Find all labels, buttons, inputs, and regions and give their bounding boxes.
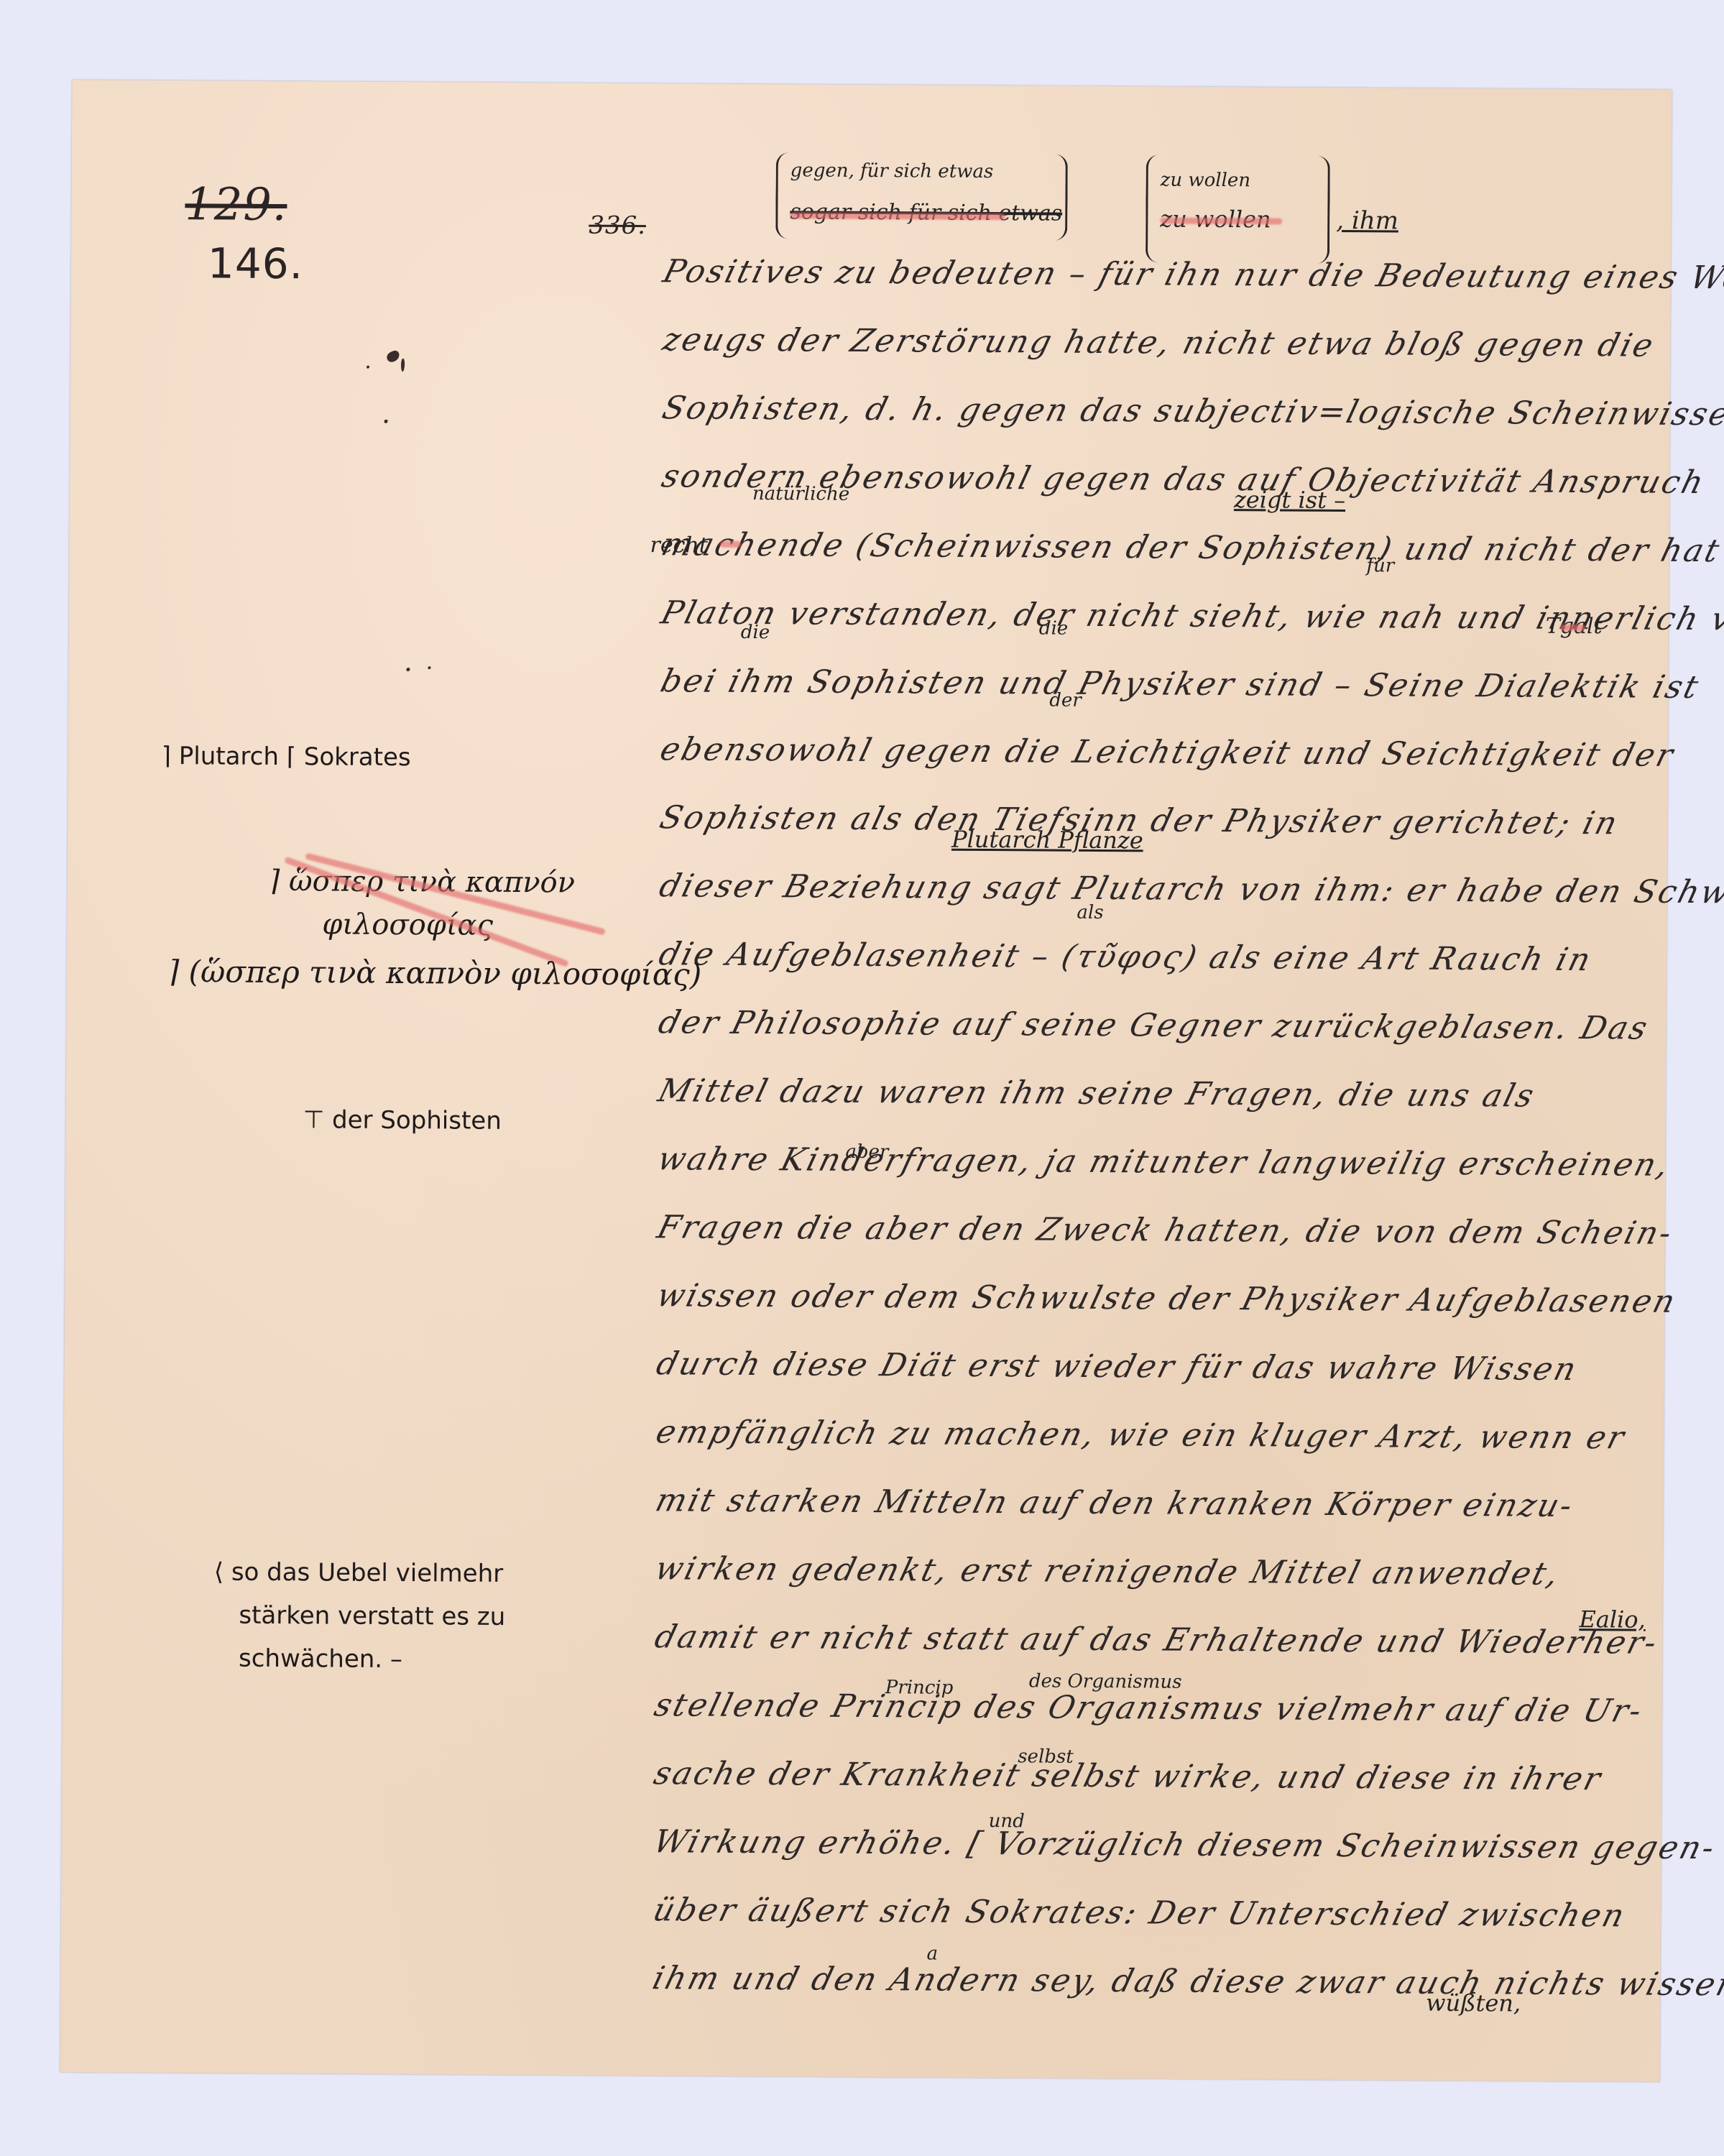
interlinear-insertion: als — [1077, 902, 1103, 923]
text-line: wahre Kinderfragen, ja mitunter langweil… — [655, 1143, 1674, 1181]
insertion-left-text: gegen, für sich etwas — [790, 160, 994, 183]
interlinear-insertion: die — [1039, 617, 1069, 639]
interlinear-insertion: zeigt ist – — [1234, 486, 1345, 514]
text-line: durch diese Diät erst wieder für das wah… — [653, 1348, 1581, 1386]
text-line: bei ihm Sophisten und Physiker sind – Se… — [658, 665, 1703, 704]
text-line: mit starken Mitteln auf den kranken Körp… — [653, 1485, 1577, 1522]
insertion-tail: , ihm — [1336, 206, 1398, 236]
red-pencil-stroke — [720, 541, 742, 548]
insertion-right-text: zu wollen — [1161, 169, 1251, 191]
ink-blot — [406, 668, 410, 671]
interlinear-insertion: selbst — [1018, 1746, 1074, 1767]
text-line: der Philosophie auf seine Gegner zurückg… — [655, 1007, 1652, 1044]
margin-note-uebel-line: schwächen. – — [239, 1644, 402, 1674]
page-number: 336. — [589, 211, 646, 240]
text-line: zeugs der Zerstörung hatte, nicht etwa b… — [660, 324, 1659, 361]
interlinear-insertion: des Organismus — [1029, 1670, 1182, 1692]
interlinear-insertion: der — [1049, 690, 1082, 711]
ink-blot — [401, 359, 405, 372]
margin-note-greek: ⌉ (ὥσπερ τινὰ καπνὸν φιλοσοφίας) — [167, 954, 702, 992]
interlinear-insertion: die — [741, 622, 770, 643]
folio-new-number: 146. — [208, 239, 304, 288]
main-text-block: Positives zu bedeuten – für ihn nur die … — [664, 256, 1684, 262]
ink-blot — [385, 349, 401, 364]
text-line: machende (Scheinwissen der Sophisten) un… — [658, 529, 1724, 568]
text-line: wirken gedenkt, erst reinigende Mittel a… — [652, 1553, 1564, 1590]
margin-note-uebel-line: stärken verstatt es zu — [239, 1601, 505, 1631]
text-line: ihm und den Andern sey, daß diese zwar a… — [650, 1963, 1724, 2001]
ink-blot — [428, 666, 430, 669]
text-line: Wirkung erhöhe. [ Vorzüglich diesem Sche… — [650, 1826, 1720, 1864]
ink-blot — [384, 420, 388, 423]
text-line: empfänglich zu machen, wie ein kluger Ar… — [653, 1416, 1629, 1454]
text-line: stellende Princip des Organismus vielmeh… — [651, 1690, 1646, 1727]
red-pencil-stroke — [1160, 217, 1282, 224]
margin-note-plutarch: ⌉ Plutarch ⌈ Sokrates — [162, 742, 411, 772]
text-line: dieser Beziehung sagt Plutarch von ihm: … — [656, 870, 1724, 909]
red-pencil-stroke — [790, 212, 1005, 220]
text-line: die Aufgeblasenheit – (τῦφος) als eine A… — [655, 939, 1595, 976]
folio-old-number: 129. — [185, 178, 287, 231]
interlinear-insertion: Princip — [885, 1677, 954, 1699]
right-margin-note: Ealio, — [1579, 1606, 1646, 1634]
interlinear-insertion: a — [926, 1943, 938, 1965]
text-line: Mittel dazu waren ihm seine Fragen, die … — [655, 1075, 1539, 1112]
margin-note-sophisten: ⊤ der Sophisten — [303, 1105, 502, 1135]
text-line: sache der Krankheit selbst wirke, und di… — [650, 1758, 1605, 1795]
red-pencil-stroke — [1560, 625, 1585, 631]
text-line: ebensowohl gegen die Leichtigkeit und Se… — [657, 734, 1678, 772]
interlinear-insertion: aber — [845, 1141, 888, 1163]
text-line: Sophisten, d. h. gegen das subjectiv=log… — [659, 392, 1724, 430]
ink-blot — [367, 366, 369, 369]
interlinear-insertion: Plutarch Pflanze — [951, 826, 1143, 854]
text-line: wissen oder dem Schwulste der Physiker A… — [654, 1280, 1680, 1318]
interlinear-insertion: für — [1366, 555, 1394, 576]
right-margin-note: wüßten, — [1426, 1989, 1521, 2017]
margin-note-uebel-line: ⟨ so das Uebel vielmehr — [214, 1557, 504, 1588]
interlinear-insertion: natürliche — [752, 483, 849, 505]
interlinear-insertion: recht — [650, 533, 707, 558]
text-line: Fragen die aber den Zweck hatten, die vo… — [654, 1212, 1677, 1250]
text-line: Positives zu bedeuten – für ihn nur die … — [660, 256, 1724, 295]
interlinear-insertion: und — [989, 1810, 1025, 1832]
manuscript-page: 129. 146. 336. gegen, für sich etwas sog… — [60, 80, 1672, 2082]
text-line: über äußert sich Sokrates: Der Unterschi… — [650, 1894, 1629, 1932]
text-line: damit er nicht statt auf das Erhaltende … — [652, 1621, 1662, 1659]
